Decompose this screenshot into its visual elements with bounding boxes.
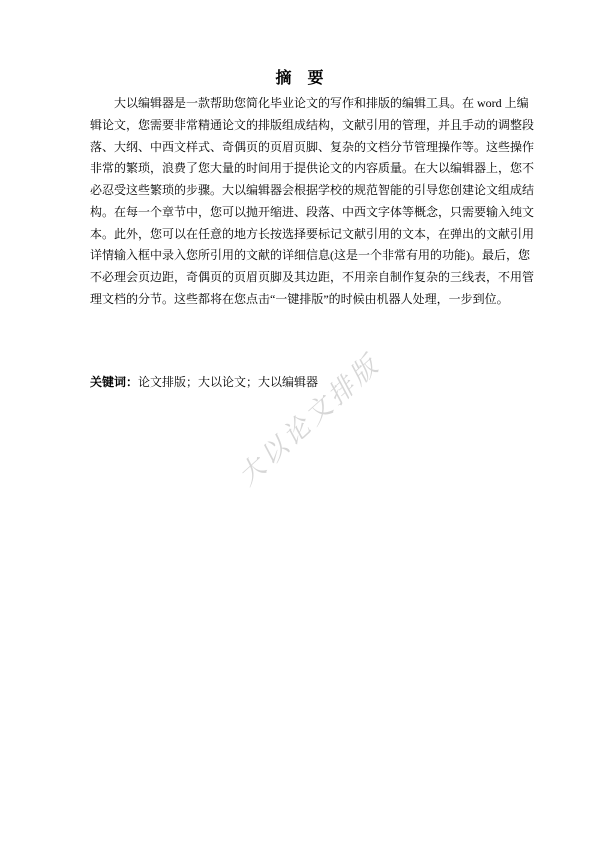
keywords-label: 关键词： (90, 375, 138, 389)
abstract-line: 理文档的分节。这些都将在您点击“一键排版”的时候由机器人处理，一步到位。 (90, 289, 508, 311)
abstract-line: 大以编辑器是一款帮助您简化毕业论文的写作和排版的编辑工具。在 word 上编 (90, 93, 508, 115)
abstract-line: 详情输入框中录入您所引用的文献的详细信息(这是一个非常有用的功能)。最后，您 (90, 245, 508, 267)
abstract-line: 非常的繁琐，浪费了您大量的时间用于提供论文的内容质量。在大以编辑器上，您不 (90, 158, 508, 180)
abstract-line: 落、大纲、中西文样式、奇偶页的页眉页脚、复杂的文档分节管理操作等。这些操作 (90, 137, 508, 159)
keywords-value: 论文排版；大以论文；大以编辑器 (138, 375, 318, 389)
document-page: 摘 要 大以编辑器是一款帮助您简化毕业论文的写作和排版的编辑工具。在 word … (0, 0, 595, 842)
abstract-paragraph: 大以编辑器是一款帮助您简化毕业论文的写作和排版的编辑工具。在 word 上编 辑… (90, 93, 508, 311)
abstract-line: 本。此外，您可以在任意的地方长按选择要标记文献引用的文本，在弹出的文献引用 (90, 224, 508, 246)
abstract-line: 构。在每一个章节中，您可以抛开缩进、段落、中西文字体等概念，只需要输入纯文 (90, 202, 508, 224)
watermark: 大以论文排版 (229, 345, 388, 493)
abstract-line: 必忍受这些繁琐的步骤。大以编辑器会根据学校的规范智能的引导您创建论文组成结 (90, 180, 508, 202)
keywords-line: 关键词：论文排版；大以论文；大以编辑器 (90, 372, 318, 392)
abstract-title: 摘 要 (0, 68, 595, 90)
abstract-line: 不必理会页边距，奇偶页的页眉页脚及其边距，不用亲自制作复杂的三线表，不用管 (90, 267, 508, 289)
abstract-line: 辑论文，您需要非常精通论文的排版组成结构，文献引用的管理，并且手动的调整段 (90, 115, 508, 137)
